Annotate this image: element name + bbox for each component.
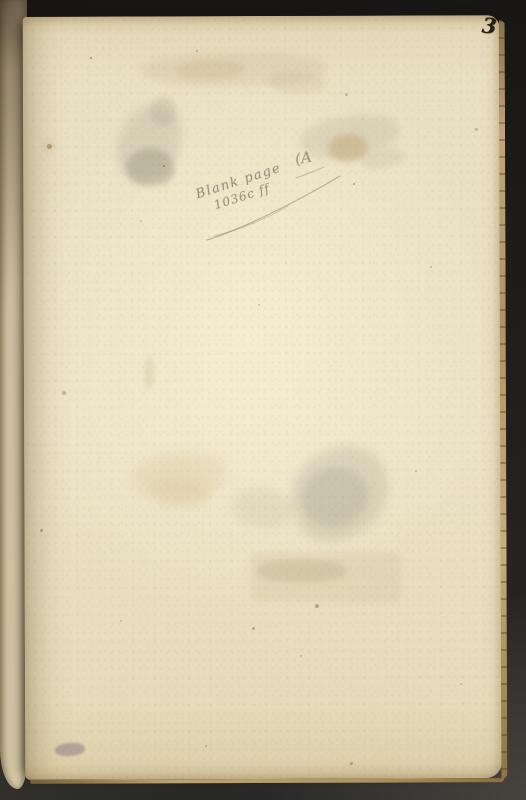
- pencil-shelfmark: (A: [294, 148, 314, 169]
- folio-number: 3: [481, 14, 497, 36]
- blank-book-page: [23, 15, 503, 780]
- paper-grain-texture: [23, 15, 503, 780]
- scanned-book-photo: Blank page 1036c ff (A 3: [0, 0, 526, 800]
